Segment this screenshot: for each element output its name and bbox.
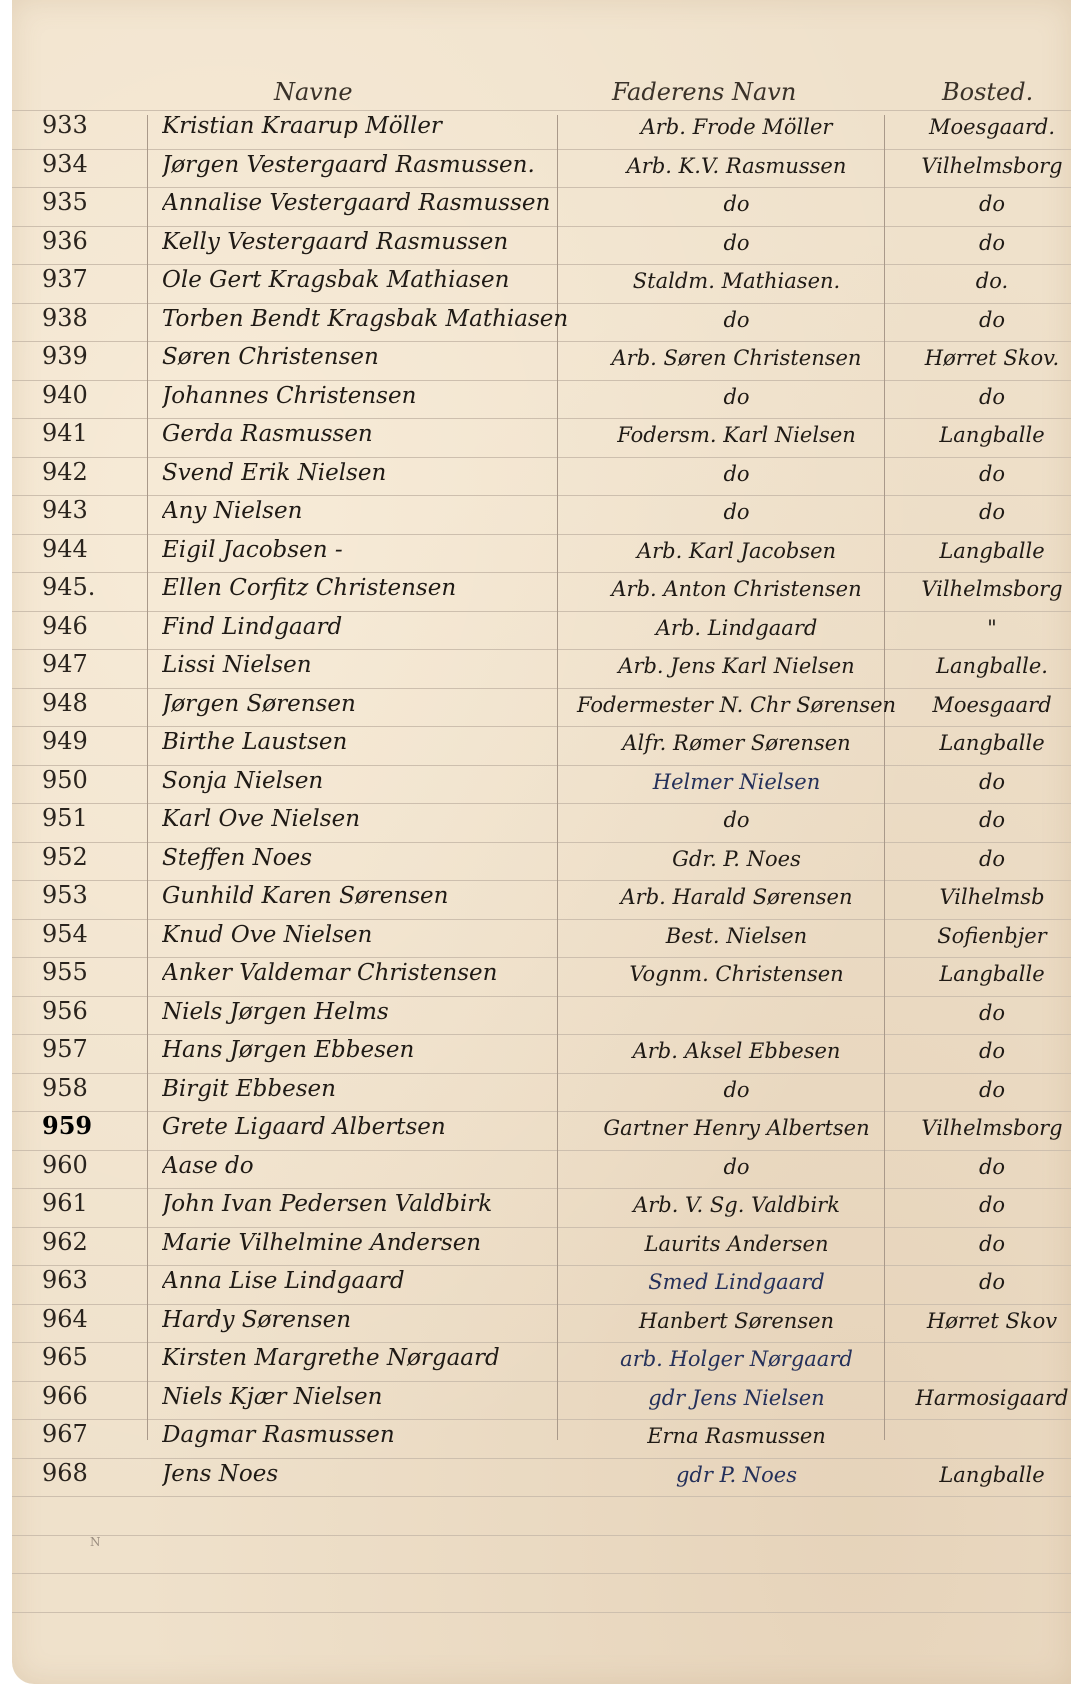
- child-name: Birgit Ebbesen: [162, 1076, 572, 1102]
- residence: do: [912, 1270, 1071, 1294]
- child-name: Karl Ove Nielsen: [162, 806, 572, 832]
- father-name: gdr P. Noes: [564, 1463, 909, 1487]
- residence: do: [912, 308, 1071, 332]
- ledger-row: 950 Sonja Nielsen Helmer Nielsen do: [12, 760, 1071, 798]
- ledger-row: 956 Niels Jørgen Helms do: [12, 991, 1071, 1029]
- entry-number: 933: [42, 111, 137, 139]
- ledger-row: 948 Jørgen Sørensen Fodermester N. Chr S…: [12, 683, 1071, 721]
- ruled-line: [12, 1612, 1071, 1613]
- ledger-row: 947 Lissi Nielsen Arb. Jens Karl Nielsen…: [12, 644, 1071, 682]
- residence: do: [912, 1001, 1071, 1025]
- entry-number: 949: [42, 727, 137, 755]
- ledger-row: 949 Birthe Laustsen Alfr. Rømer Sørensen…: [12, 721, 1071, 759]
- entry-number: 947: [42, 650, 137, 678]
- entry-number: 944: [42, 535, 137, 563]
- ledger-row: 966 Niels Kjær Nielsen gdr Jens Nielsen …: [12, 1376, 1071, 1414]
- residence: do: [912, 808, 1071, 832]
- ledger-row: 941 Gerda Rasmussen Fodersm. Karl Nielse…: [12, 413, 1071, 451]
- residence: do: [912, 231, 1071, 255]
- child-name: Torben Bendt Kragsbak Mathiasen: [162, 306, 572, 332]
- ledger-row: 965 Kirsten Margrethe Nørgaard arb. Holg…: [12, 1337, 1071, 1375]
- father-name: Erna Rasmussen: [564, 1424, 909, 1448]
- entry-number: 967: [42, 1420, 137, 1448]
- father-name: Arb. K.V. Rasmussen: [564, 154, 909, 178]
- ledger-row: 933 Kristian Kraarup Möller Arb. Frode M…: [12, 105, 1071, 143]
- child-name: Niels Kjær Nielsen: [162, 1384, 572, 1410]
- entry-number: 956: [42, 997, 137, 1025]
- father-name: gdr Jens Nielsen: [564, 1386, 909, 1410]
- child-name: Hans Jørgen Ebbesen: [162, 1037, 572, 1063]
- father-name: Arb. Aksel Ebbesen: [564, 1039, 909, 1063]
- ledger-row: 952 Steffen Noes Gdr. P. Noes do: [12, 837, 1071, 875]
- child-name: Steffen Noes: [162, 845, 572, 871]
- child-name: Sonja Nielsen: [162, 768, 572, 794]
- child-name: Birthe Laustsen: [162, 729, 572, 755]
- child-name: Kristian Kraarup Möller: [162, 113, 572, 139]
- father-name: Arb. Frode Möller: [564, 115, 909, 139]
- ledger-row: 962 Marie Vilhelmine Andersen Laurits An…: [12, 1222, 1071, 1260]
- header-place: Bosted.: [942, 78, 1033, 106]
- residence: Hørret Skov.: [912, 346, 1071, 370]
- father-name: do: [564, 1155, 909, 1179]
- child-name: Ole Gert Kragsbak Mathiasen: [162, 267, 572, 293]
- residence: Langballe: [912, 423, 1071, 447]
- child-name: Anker Valdemar Christensen: [162, 960, 572, 986]
- entry-number: 938: [42, 304, 137, 332]
- entry-number: 952: [42, 843, 137, 871]
- father-name: Laurits Andersen: [564, 1232, 909, 1256]
- father-name: Arb. Karl Jacobsen: [564, 539, 909, 563]
- margin-note: N: [90, 1535, 101, 1549]
- ledger-row: 944 Eigil Jacobsen - Arb. Karl Jacobsen …: [12, 529, 1071, 567]
- entry-number: 959: [42, 1111, 137, 1140]
- father-name: Vognm. Christensen: [564, 962, 909, 986]
- father-name: Gartner Henry Albertsen: [564, 1116, 909, 1140]
- child-name: Any Nielsen: [162, 498, 572, 524]
- ruled-line: [12, 1573, 1071, 1574]
- father-name: Arb. V. Sg. Valdbirk: [564, 1193, 909, 1217]
- entry-number: 946: [42, 612, 137, 640]
- father-name: do: [564, 231, 909, 255]
- ledger-row: 960 Aase do do do: [12, 1145, 1071, 1183]
- child-name: Anna Lise Lindgaard: [162, 1268, 572, 1294]
- entry-number: 948: [42, 689, 137, 717]
- entry-number: 934: [42, 150, 137, 178]
- entry-number: 965: [42, 1343, 137, 1371]
- father-name: Fodermester N. Chr Sørensen: [564, 693, 909, 717]
- residence: Moesgaard.: [912, 115, 1071, 139]
- child-name: Gunhild Karen Sørensen: [162, 883, 572, 909]
- child-name: Marie Vilhelmine Andersen: [162, 1230, 572, 1256]
- child-name: Jørgen Sørensen: [162, 691, 572, 717]
- residence: do: [912, 1078, 1071, 1102]
- ledger-row: 938 Torben Bendt Kragsbak Mathiasen do d…: [12, 298, 1071, 336]
- ledger-row: 955 Anker Valdemar Christensen Vognm. Ch…: [12, 952, 1071, 990]
- entry-number: 935: [42, 188, 137, 216]
- child-name: Jørgen Vestergaard Rasmussen.: [162, 152, 572, 178]
- ledger-row: 945. Ellen Corfitz Christensen Arb. Anto…: [12, 567, 1071, 605]
- ledger-row: 935 Annalise Vestergaard Rasmussen do do: [12, 182, 1071, 220]
- entry-number: 968: [42, 1459, 137, 1487]
- residence: do: [912, 1193, 1071, 1217]
- ledger-row: 946 Find Lindgaard Arb. Lindgaard ": [12, 606, 1071, 644]
- father-name: do: [564, 385, 909, 409]
- header-father: Faderens Navn: [612, 78, 796, 106]
- entry-number: 950: [42, 766, 137, 794]
- child-name: Lissi Nielsen: [162, 652, 572, 678]
- child-name: Svend Erik Nielsen: [162, 460, 572, 486]
- child-name: Grete Ligaard Albertsen: [162, 1114, 572, 1140]
- child-name: Hardy Sørensen: [162, 1307, 572, 1333]
- child-name: Jens Noes: [162, 1461, 572, 1487]
- residence: Moesgaard: [912, 693, 1071, 717]
- ledger-row: 967 Dagmar Rasmussen Erna Rasmussen: [12, 1414, 1071, 1452]
- father-name: do: [564, 192, 909, 216]
- header-name: Navne: [274, 78, 353, 106]
- child-name: Aase do: [162, 1153, 572, 1179]
- father-name: Smed Lindgaard: [564, 1270, 909, 1294]
- residence: Vilhelmsborg: [912, 577, 1071, 601]
- father-name: Hanbert Sørensen: [564, 1309, 909, 1333]
- entry-number: 940: [42, 381, 137, 409]
- ledger-row: 943 Any Nielsen do do: [12, 490, 1071, 528]
- child-name: Niels Jørgen Helms: [162, 999, 572, 1025]
- entry-number: 957: [42, 1035, 137, 1063]
- residence: do: [912, 847, 1071, 871]
- child-name: John Ivan Pedersen Valdbirk: [162, 1191, 572, 1217]
- ledger-row: 934 Jørgen Vestergaard Rasmussen. Arb. K…: [12, 144, 1071, 182]
- child-name: Søren Christensen: [162, 344, 572, 370]
- entry-number: 939: [42, 342, 137, 370]
- father-name: do: [564, 1078, 909, 1102]
- residence: do: [912, 500, 1071, 524]
- residence: Vilhelmsborg: [912, 1116, 1071, 1140]
- ledger-row: 937 Ole Gert Kragsbak Mathiasen Staldm. …: [12, 259, 1071, 297]
- ledger-row: 961 John Ivan Pedersen Valdbirk Arb. V. …: [12, 1183, 1071, 1221]
- residence: do: [912, 770, 1071, 794]
- ledger-row: 936 Kelly Vestergaard Rasmussen do do: [12, 221, 1071, 259]
- father-name: do: [564, 500, 909, 524]
- residence: Sofienbjer: [912, 924, 1071, 948]
- father-name: Fodersm. Karl Nielsen: [564, 423, 909, 447]
- residence: Hørret Skov: [912, 1309, 1071, 1333]
- residence: Langballe: [912, 962, 1071, 986]
- residence: ": [912, 616, 1071, 640]
- child-name: Gerda Rasmussen: [162, 421, 572, 447]
- father-name: arb. Holger Nørgaard: [564, 1347, 909, 1371]
- ledger-row: 968 Jens Noes gdr P. Noes Langballe: [12, 1453, 1071, 1491]
- father-name: Staldm. Mathiasen.: [564, 269, 909, 293]
- father-name: Arb. Jens Karl Nielsen: [564, 654, 909, 678]
- child-name: Kelly Vestergaard Rasmussen: [162, 229, 572, 255]
- ledger-row: 963 Anna Lise Lindgaard Smed Lindgaard d…: [12, 1260, 1071, 1298]
- entry-number: 951: [42, 804, 137, 832]
- ledger-row: 942 Svend Erik Nielsen do do: [12, 452, 1071, 490]
- residence: Harmosigaard: [912, 1386, 1071, 1410]
- ledger-row: 959 Grete Ligaard Albertsen Gartner Henr…: [12, 1106, 1071, 1144]
- residence: do: [912, 385, 1071, 409]
- child-name: Dagmar Rasmussen: [162, 1422, 572, 1448]
- father-name: do: [564, 462, 909, 486]
- ledger-row: 958 Birgit Ebbesen do do: [12, 1068, 1071, 1106]
- father-name: Arb. Lindgaard: [564, 616, 909, 640]
- ledger-row: 954 Knud Ove Nielsen Best. Nielsen Sofie…: [12, 914, 1071, 952]
- entry-number: 937: [42, 265, 137, 293]
- child-name: Knud Ove Nielsen: [162, 922, 572, 948]
- entry-number: 966: [42, 1382, 137, 1410]
- child-name: Ellen Corfitz Christensen: [162, 575, 572, 601]
- residence: Vilhelmsborg: [912, 154, 1071, 178]
- residence: do: [912, 1155, 1071, 1179]
- child-name: Annalise Vestergaard Rasmussen: [162, 190, 572, 216]
- residence: Langballe: [912, 731, 1071, 755]
- entry-number: 943: [42, 496, 137, 524]
- entry-number: 945.: [42, 573, 137, 601]
- father-name: Arb. Harald Sørensen: [564, 885, 909, 909]
- entry-number: 954: [42, 920, 137, 948]
- ledger-row: 953 Gunhild Karen Sørensen Arb. Harald S…: [12, 875, 1071, 913]
- entry-number: 960: [42, 1151, 137, 1179]
- ledger-row: 964 Hardy Sørensen Hanbert Sørensen Hørr…: [12, 1299, 1071, 1337]
- residence: Langballe: [912, 539, 1071, 563]
- entry-number: 942: [42, 458, 137, 486]
- ledger-row: 951 Karl Ove Nielsen do do: [12, 798, 1071, 836]
- entry-number: 963: [42, 1266, 137, 1294]
- child-name: Eigil Jacobsen -: [162, 537, 572, 563]
- entry-number: 955: [42, 958, 137, 986]
- father-name: Arb. Anton Christensen: [564, 577, 909, 601]
- entry-number: 958: [42, 1074, 137, 1102]
- entry-number: 961: [42, 1189, 137, 1217]
- child-name: Kirsten Margrethe Nørgaard: [162, 1345, 572, 1371]
- ruled-line: [12, 1535, 1071, 1536]
- ledger-page: Navne Faderens Navn Bosted. 933 Kristian…: [12, 0, 1071, 1684]
- ruled-line: [12, 1496, 1071, 1497]
- child-name: Johannes Christensen: [162, 383, 572, 409]
- residence: Langballe: [912, 1463, 1071, 1487]
- residence: Vilhelmsb: [912, 885, 1071, 909]
- father-name: Best. Nielsen: [564, 924, 909, 948]
- father-name: do: [564, 808, 909, 832]
- residence: Langballe.: [912, 654, 1071, 678]
- ledger-row: 939 Søren Christensen Arb. Søren Christe…: [12, 336, 1071, 374]
- residence: do: [912, 462, 1071, 486]
- father-name: Helmer Nielsen: [564, 770, 909, 794]
- father-name: Alfr. Rømer Sørensen: [564, 731, 909, 755]
- ledger-row: 957 Hans Jørgen Ebbesen Arb. Aksel Ebbes…: [12, 1029, 1071, 1067]
- residence: do: [912, 1039, 1071, 1063]
- father-name: Arb. Søren Christensen: [564, 346, 909, 370]
- residence: do: [912, 1232, 1071, 1256]
- father-name: do: [564, 308, 909, 332]
- residence: do: [912, 192, 1071, 216]
- entry-number: 964: [42, 1305, 137, 1333]
- entry-number: 941: [42, 419, 137, 447]
- entry-number: 936: [42, 227, 137, 255]
- entry-number: 953: [42, 881, 137, 909]
- ledger-row: 940 Johannes Christensen do do: [12, 375, 1071, 413]
- child-name: Find Lindgaard: [162, 614, 572, 640]
- residence: do.: [912, 269, 1071, 293]
- entry-number: 962: [42, 1228, 137, 1256]
- father-name: Gdr. P. Noes: [564, 847, 909, 871]
